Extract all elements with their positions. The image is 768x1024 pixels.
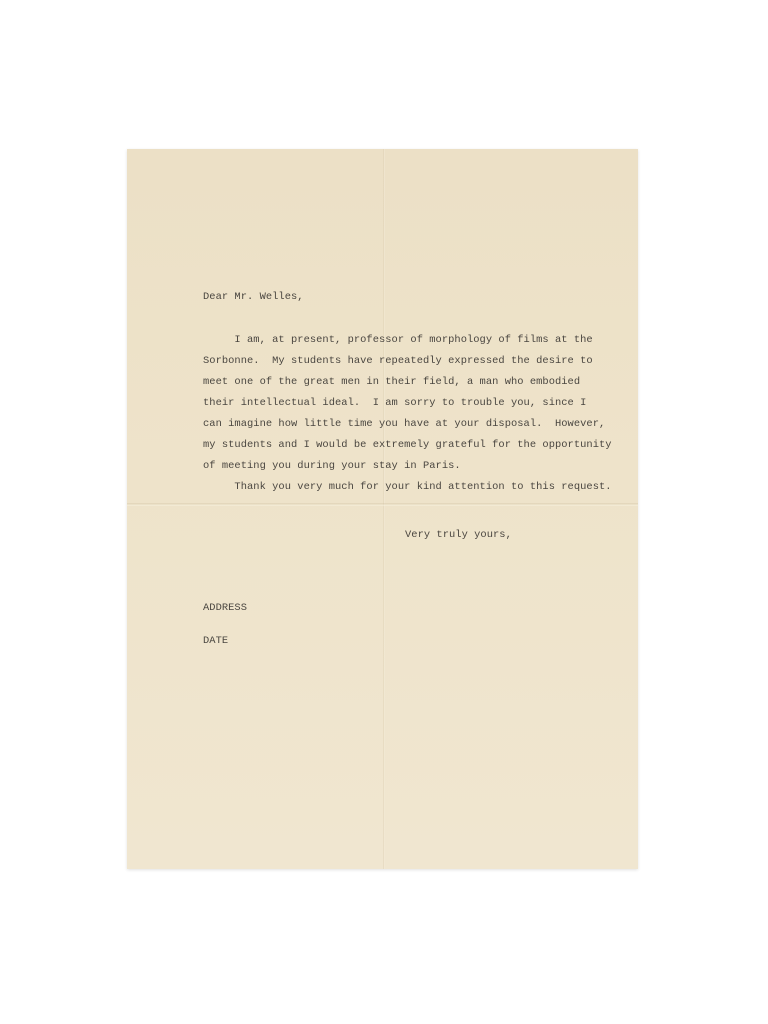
body-line: can imagine how little time you have at … [203,418,605,430]
closing: Very truly yours, [405,529,512,541]
horizontal-fold-line [127,503,638,506]
salutation: Dear Mr. Welles, [203,291,304,303]
body-line: meet one of the great men in their field… [203,376,580,388]
body-line: Sorbonne. My students have repeatedly ex… [203,355,593,367]
vertical-fold-line [383,149,385,869]
body-line: their intellectual ideal. I am sorry to … [203,397,586,409]
body-line: of meeting you during your stay in Paris… [203,460,461,472]
body-line: Thank you very much for your kind attent… [203,481,612,493]
letter-paper: Dear Mr. Welles, I am, at present, profe… [127,149,638,869]
address-block: ADDRESS DATE [203,581,247,669]
body-line: I am, at present, professor of morpholog… [203,334,593,346]
body-line: my students and I would be extremely gra… [203,439,612,451]
address-label: ADDRESS [203,603,247,614]
date-label: DATE [203,636,247,647]
